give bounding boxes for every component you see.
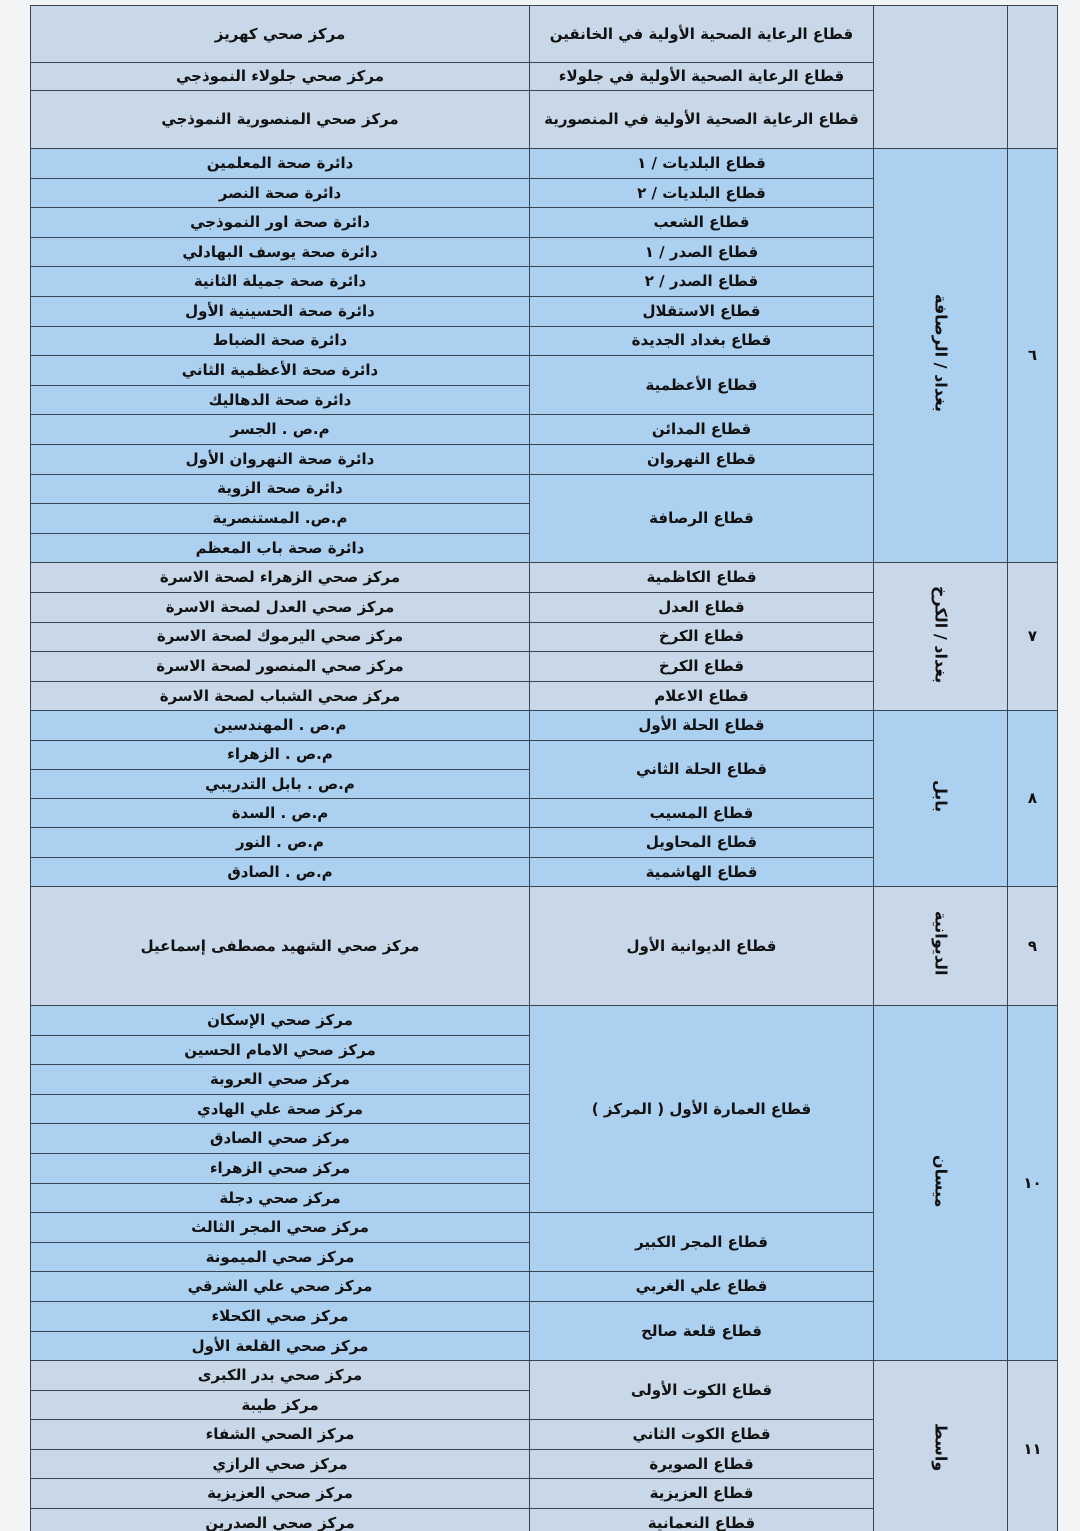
sector-cell: قطاع المجر الكبير bbox=[530, 1213, 874, 1272]
governorate-label: بغداد / الكرخ bbox=[931, 586, 951, 683]
governorate-cell bbox=[874, 6, 1008, 149]
health-center-cell: دائرة صحة الدهاليك bbox=[31, 385, 530, 415]
health-center-cell: دائرة صحة الحسينية الأول bbox=[31, 296, 530, 326]
table-row: قطاع الرعاية الصحية الأولية في الخانقينم… bbox=[31, 6, 1058, 63]
health-center-cell: مركز صحي المنصورية النموذجي bbox=[31, 91, 530, 149]
governorate-cell: بابل bbox=[874, 711, 1008, 887]
table-row: ١٠ميسانقطاع العمارة الأول ( المركز )مركز… bbox=[31, 1006, 1058, 1036]
governorate-cell: الديوانية bbox=[874, 887, 1008, 1006]
sector-cell: قطاع الرعاية الصحية الأولية في الخانقين bbox=[530, 6, 874, 63]
sector-cell: قطاع الصدر / ١ bbox=[530, 237, 874, 267]
sector-cell: قطاع البلديات / ٢ bbox=[530, 178, 874, 208]
table-row: ٩الديوانيةقطاع الديوانية الأولمركز صحي ا… bbox=[31, 887, 1058, 1006]
table-row: ١١واسطقطاع الكوت الأولىمركز صحي بدر الكب… bbox=[31, 1361, 1058, 1391]
health-center-cell: مركز صحي القلعة الأول bbox=[31, 1331, 530, 1361]
sector-cell: قطاع الاستقلال bbox=[530, 296, 874, 326]
sector-cell: قطاع المدائن bbox=[530, 415, 874, 445]
sector-cell: قطاع الكرخ bbox=[530, 652, 874, 682]
health-center-cell: م.ص . بابل التدريبي bbox=[31, 769, 530, 798]
health-center-cell: دائرة صحة جميلة الثانية bbox=[31, 267, 530, 297]
governorate-label: ميسان bbox=[931, 1155, 951, 1207]
table-row: ٨بابلقطاع الحلة الأولم.ص . المهندسين bbox=[31, 711, 1058, 740]
health-center-cell: م.ص . المهندسين bbox=[31, 711, 530, 740]
health-center-cell: دائرة صحة باب المعظم bbox=[31, 533, 530, 563]
sector-cell: قطاع الحلة الأول bbox=[530, 711, 874, 740]
health-center-cell: مركز صحي المنصور لصحة الاسرة bbox=[31, 652, 530, 682]
health-center-cell: مركز صحي كهريز bbox=[31, 6, 530, 63]
health-center-cell: م.ص . الزهراء bbox=[31, 740, 530, 769]
health-center-cell: مركز صحي العدل لصحة الاسرة bbox=[31, 592, 530, 622]
health-center-cell: م.ص. المستنصرية bbox=[31, 504, 530, 534]
health-center-cell: دائرة صحة الزوية bbox=[31, 474, 530, 504]
health-center-cell: مركز صحي الزهراء لصحة الاسرة bbox=[31, 563, 530, 593]
health-center-cell: مركز طيبة bbox=[31, 1390, 530, 1420]
health-center-cell: مركز صحي الشباب لصحة الاسرة bbox=[31, 681, 530, 711]
row-number-cell: ٨ bbox=[1008, 711, 1058, 887]
health-center-cell: مركز صحي الصدرين bbox=[31, 1508, 530, 1531]
health-center-cell: م.ص . الجسر bbox=[31, 415, 530, 445]
governorate-cell: واسط bbox=[874, 1361, 1008, 1531]
governorate-label: واسط bbox=[931, 1423, 951, 1471]
governorate-cell: بغداد / الرصافة bbox=[874, 149, 1008, 563]
health-center-cell: م.ص . السدة bbox=[31, 799, 530, 828]
health-center-cell: مركز صحة علي الهادي bbox=[31, 1094, 530, 1124]
sector-cell: قطاع الأعظمية bbox=[530, 356, 874, 415]
health-center-cell: دائرة صحة الضباط bbox=[31, 326, 530, 356]
health-center-cell: مركز صحي الرازي bbox=[31, 1449, 530, 1479]
sector-cell: قطاع الشعب bbox=[530, 208, 874, 238]
health-center-cell: مركز صحي الكحلاء bbox=[31, 1302, 530, 1332]
health-center-cell: مركز صحي الميمونة bbox=[31, 1242, 530, 1272]
health-center-cell: دائرة صحة المعلمين bbox=[31, 149, 530, 179]
table-body: قطاع الرعاية الصحية الأولية في الخانقينم… bbox=[31, 6, 1058, 1531]
health-center-cell: مركز صحي الشهيد مصطفى إسماعيل bbox=[31, 887, 530, 1006]
row-number-cell: ٦ bbox=[1008, 149, 1058, 563]
sector-cell: قطاع الهاشمية bbox=[530, 857, 874, 886]
sector-cell: قطاع النهروان bbox=[530, 444, 874, 474]
governorate-label: بابل bbox=[931, 780, 951, 812]
health-center-cell: مركز صحي العروبة bbox=[31, 1065, 530, 1095]
sector-cell: قطاع البلديات / ١ bbox=[530, 149, 874, 179]
health-centers-table: قطاع الرعاية الصحية الأولية في الخانقينم… bbox=[30, 5, 1058, 1531]
sector-cell: قطاع الكاظمية bbox=[530, 563, 874, 593]
table-row: ٧بغداد / الكرخقطاع الكاظميةمركز صحي الزه… bbox=[31, 563, 1058, 593]
sector-cell: قطاع النعمانية bbox=[530, 1508, 874, 1531]
health-center-cell: مركز صحي المجر الثالث bbox=[31, 1213, 530, 1243]
sector-cell: قطاع الحلة الثاني bbox=[530, 740, 874, 799]
health-center-cell: دائرة صحة يوسف البهادلي bbox=[31, 237, 530, 267]
row-number-cell: ١٠ bbox=[1008, 1006, 1058, 1361]
health-center-cell: دائرة صحة الأعظمية الثاني bbox=[31, 356, 530, 386]
health-center-cell: دائرة صحة اور النموذجي bbox=[31, 208, 530, 238]
sector-cell: قطاع الرصافة bbox=[530, 474, 874, 563]
sector-cell: قطاع العدل bbox=[530, 592, 874, 622]
sector-cell: قطاع الصويرة bbox=[530, 1449, 874, 1479]
governorate-label: بغداد / الرصافة bbox=[931, 294, 951, 412]
health-center-cell: مركز صحي العزيزية bbox=[31, 1479, 530, 1509]
health-center-cell: دائرة صحة النهروان الأول bbox=[31, 444, 530, 474]
health-center-cell: مركز صحي جلولاء النموذجي bbox=[31, 63, 530, 91]
health-center-cell: دائرة صحة النصر bbox=[31, 178, 530, 208]
health-center-cell: م.ص . الصادق bbox=[31, 857, 530, 886]
sector-cell: قطاع المحاويل bbox=[530, 828, 874, 857]
sector-cell: قطاع الاعلام bbox=[530, 681, 874, 711]
document-page: قطاع الرعاية الصحية الأولية في الخانقينم… bbox=[0, 0, 1080, 1531]
sector-cell: قطاع الكوت الأولى bbox=[530, 1361, 874, 1420]
sector-cell: قطاع الرعاية الصحية الأولية في المنصورية bbox=[530, 91, 874, 149]
health-center-cell: مركز صحي اليرموك لصحة الاسرة bbox=[31, 622, 530, 652]
health-center-cell: مركز الصحي الشفاء bbox=[31, 1420, 530, 1450]
governorate-cell: ميسان bbox=[874, 1006, 1008, 1361]
sector-cell: قطاع العزيزية bbox=[530, 1479, 874, 1509]
health-center-cell: مركز صحي الإسكان bbox=[31, 1006, 530, 1036]
table-row: ٦بغداد / الرصافةقطاع البلديات / ١دائرة ص… bbox=[31, 149, 1058, 179]
sector-cell: قطاع علي الغربي bbox=[530, 1272, 874, 1302]
row-number-cell: ٧ bbox=[1008, 563, 1058, 711]
health-center-cell: مركز صحي علي الشرقي bbox=[31, 1272, 530, 1302]
governorate-cell: بغداد / الكرخ bbox=[874, 563, 1008, 711]
health-center-cell: مركز صحي الزهراء bbox=[31, 1154, 530, 1184]
sector-cell: قطاع العمارة الأول ( المركز ) bbox=[530, 1006, 874, 1213]
health-center-cell: م.ص . النور bbox=[31, 828, 530, 857]
sector-cell: قطاع قلعة صالح bbox=[530, 1302, 874, 1361]
sector-cell: قطاع الرعاية الصحية الأولية في جلولاء bbox=[530, 63, 874, 91]
sector-cell: قطاع الديوانية الأول bbox=[530, 887, 874, 1006]
governorate-label: الديوانية bbox=[931, 911, 951, 976]
sector-cell: قطاع بغداد الجديدة bbox=[530, 326, 874, 356]
health-center-cell: مركز صحي الصادق bbox=[31, 1124, 530, 1154]
sector-cell: قطاع الكوت الثاني bbox=[530, 1420, 874, 1450]
sector-cell: قطاع الكرخ bbox=[530, 622, 874, 652]
sector-cell: قطاع المسيب bbox=[530, 799, 874, 828]
sector-cell: قطاع الصدر / ٢ bbox=[530, 267, 874, 297]
health-center-cell: مركز صحي الامام الحسين bbox=[31, 1035, 530, 1065]
health-center-cell: مركز صحي دجلة bbox=[31, 1183, 530, 1213]
row-number-cell bbox=[1008, 6, 1058, 149]
health-center-cell: مركز صحي بدر الكبرى bbox=[31, 1361, 530, 1391]
row-number-cell: ١١ bbox=[1008, 1361, 1058, 1531]
row-number-cell: ٩ bbox=[1008, 887, 1058, 1006]
